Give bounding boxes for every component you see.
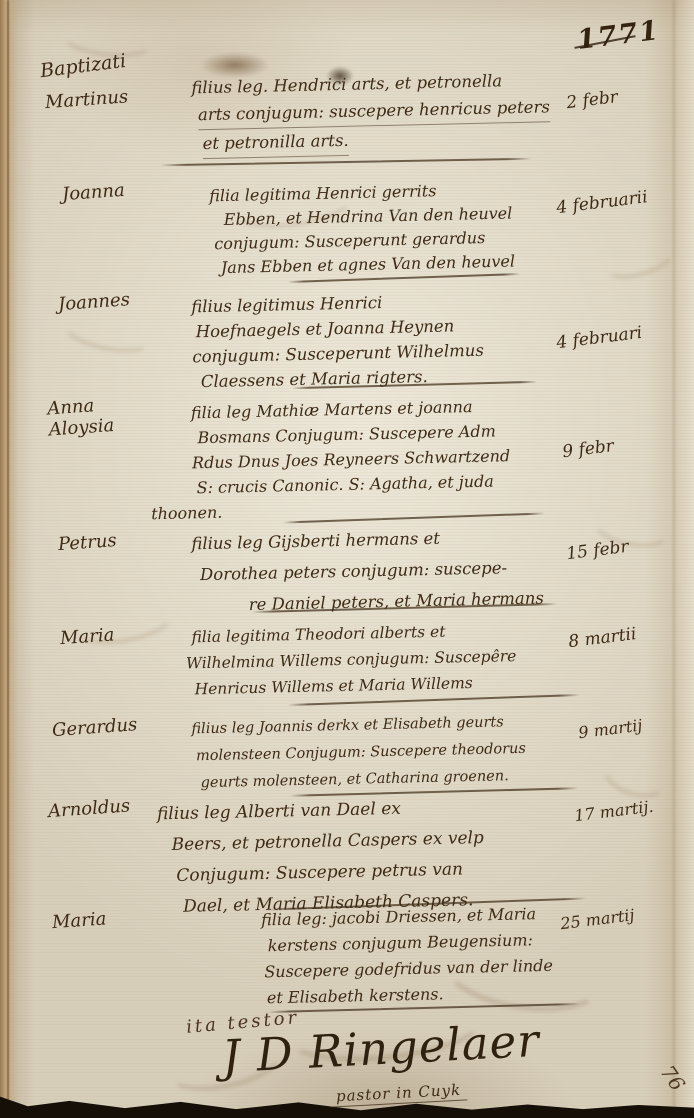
entry-line: et petronilla arts.	[202, 127, 349, 159]
entry-body: filia leg Mathiæ Martens et joanna Bosma…	[191, 392, 579, 526]
entry-child-name: Joanna	[61, 176, 180, 205]
entry-body: filia legitima Henrici gerrits Ebben, et…	[209, 176, 596, 281]
entry-line: Claessens et Maria rigters.	[201, 364, 428, 394]
entry-child-name: Arnoldus	[47, 793, 166, 822]
entry-body: filius leg Gijsberti hermans et Dorothea…	[191, 520, 578, 622]
entry-body: filia legitima Theodori alberts et Wilhe…	[191, 616, 578, 703]
entry-child-name: Anna Aloysia	[47, 394, 122, 441]
margin-header-baptizati: Baptizati	[39, 50, 127, 82]
entry-child-name: Martinus	[44, 84, 163, 113]
page-number: 76	[656, 1061, 690, 1096]
year-heading: 1771	[575, 15, 661, 56]
right-page-crease	[673, 0, 675, 1118]
entry-body: filius legitimus Henrici Hoefnaegels et …	[191, 286, 578, 395]
bleed-through-mark	[597, 231, 680, 285]
entry-line: thoonen.	[151, 500, 223, 527]
entry-child-name: Gerardus	[51, 712, 170, 741]
entry-child-name: Petrus	[57, 526, 176, 555]
entry-line: re Daniel peters, et Maria hermans	[248, 582, 544, 620]
signature-title: pastor in Cuyk	[330, 1080, 468, 1107]
entry-divider	[160, 158, 532, 166]
entry-date: 9 martij	[577, 707, 694, 742]
entry-line: conjugum: Susceperunt Wilhelmus	[192, 338, 484, 370]
entry-child-name: Joannes	[57, 286, 176, 315]
book-binding-edge	[0, 0, 18, 1118]
entry-line: Suscepere godefridus van der linde	[264, 953, 553, 986]
binding-crease-line	[7, 0, 9, 1118]
entry-line: S: crucis Canonic. S: Agatha, et juda	[196, 469, 494, 501]
entry-body: filia leg: jacobi Driessen, et Maria ker…	[261, 901, 563, 1012]
entry-line: Henricus Willems et Maria Willems	[194, 670, 473, 702]
entry-body: filius leg Joannis derkx et Elisabeth ge…	[191, 708, 578, 798]
entry-body: filius leg. Hendrici arts, et petronella…	[191, 66, 578, 160]
entry-child-name: Maria	[51, 904, 170, 933]
scanned-register-page: 1771 Baptizati Martinus filius leg. Hend…	[0, 0, 694, 1118]
